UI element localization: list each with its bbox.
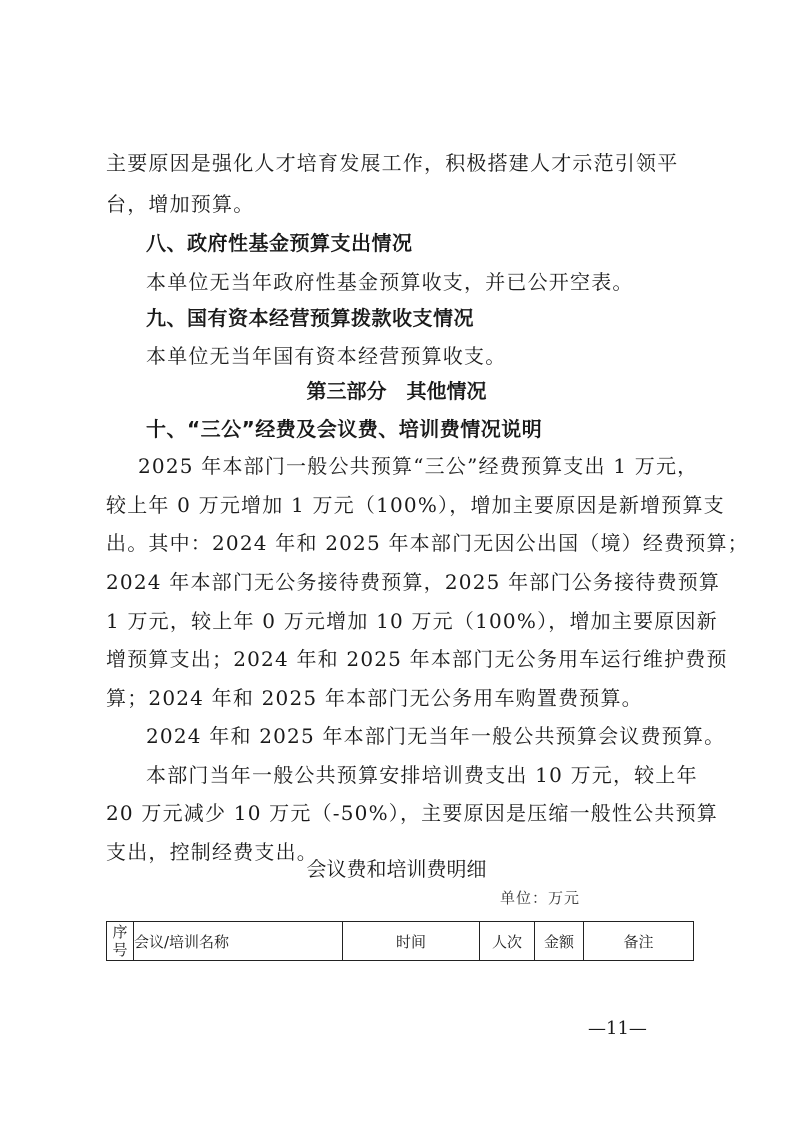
body-text-line: 2024 年本部门无公务接待费预算，2025 年部门公务接待费预算 xyxy=(106,569,694,595)
header-seq: 序 号 xyxy=(107,922,134,961)
table-title: 会议费和培训费明细 xyxy=(0,856,793,882)
body-text-line: 2024 年和 2025 年本部门无当年一般公共预算会议费预算。 xyxy=(146,723,734,749)
body-text-line: 20 万元减少 10 万元（-50%），主要原因是压缩一般性公共预算 xyxy=(106,800,694,826)
body-text-line: 算；2024 年和 2025 年本部门无公务用车购置费预算。 xyxy=(106,685,694,711)
header-seq-line2: 号 xyxy=(107,941,133,959)
header-seq-line1: 序 xyxy=(107,923,133,941)
section-9-body: 本单位无当年国有资本经营预算收支。 xyxy=(146,343,734,369)
body-text-line: 主要原因是强化人才培育发展工作，积极搭建人才示范引领平 xyxy=(106,150,694,176)
header-people: 人次 xyxy=(480,922,535,961)
header-time: 时间 xyxy=(343,922,480,961)
body-text-line: 1 万元，较上年 0 万元增加 10 万元（100%），增加主要原因新 xyxy=(106,608,694,634)
body-text-line: 台，增加预算。 xyxy=(106,191,694,217)
header-note: 备注 xyxy=(584,922,694,961)
body-text-line: 2025 年本部门一般公共预算“三公”经费预算支出 1 万元， xyxy=(138,453,726,479)
body-text-line: 本部门当年一般公共预算安排培训费支出 10 万元，较上年 xyxy=(146,762,734,788)
meeting-training-fee-table: 序 号 会议/培训名称 时间 人次 金额 备注 xyxy=(106,921,694,961)
section-heading-9: 九、国有资本经营预算拨款收支情况 xyxy=(146,305,474,331)
section-heading-10: 十、“三公”经费及会议费、培训费情况说明 xyxy=(146,416,542,442)
body-text-line: 较上年 0 万元增加 1 万元（100%），增加主要原因是新增预算支 xyxy=(106,492,694,518)
header-name: 会议/培训名称 xyxy=(134,922,343,961)
part-three-title: 第三部分 其他情况 xyxy=(0,378,793,404)
body-text-line: 增预算支出；2024 年和 2025 年本部门无公务用车运行维护费预 xyxy=(106,646,694,672)
body-text-line: 出。其中：2024 年和 2025 年本部门无因公出国（境）经费预算； xyxy=(106,530,694,556)
header-amount: 金额 xyxy=(535,922,584,961)
table-unit-label: 单位：万元 xyxy=(500,888,580,908)
section-heading-8: 八、政府性基金预算支出情况 xyxy=(146,230,413,256)
page-number: —11— xyxy=(588,1018,647,1040)
table-header-row: 序 号 会议/培训名称 时间 人次 金额 备注 xyxy=(107,922,694,961)
section-8-body: 本单位无当年政府性基金预算收支，并已公开空表。 xyxy=(146,269,734,295)
